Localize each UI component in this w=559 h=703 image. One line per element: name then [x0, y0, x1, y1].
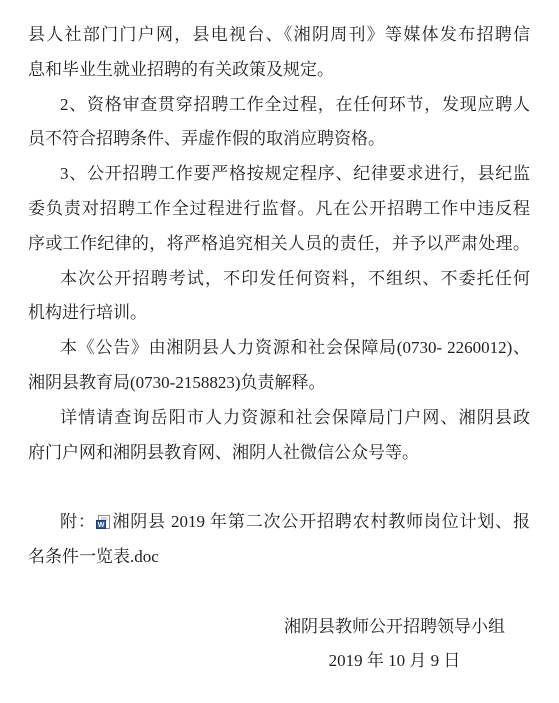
attachment-link-continued[interactable]: 名条件一览表.doc [28, 547, 159, 566]
document-line: 息和毕业生就业招聘的有关政策及规定。 [28, 53, 530, 88]
document-line: 本次公开招聘考试，不印发任何资料，不组织、不委托任何 [28, 262, 530, 297]
attachment-line-1: 附： W 湘阴县 2019 年第二次公开招聘农村教师岗位计划、报 [28, 505, 530, 540]
signature-organization: 湘阴县教师公开招聘领导小组 [284, 610, 505, 645]
document-line: 机构进行培训。 [28, 296, 530, 331]
attachment-filename: 湘阴县 2019 年第二次公开招聘农村教师岗位计划、报 [112, 512, 530, 531]
signature-date: 2019 年 10 月 9 日 [284, 644, 505, 679]
attachment-label: 附： [60, 512, 96, 531]
document-line: 委负责对招聘工作全过程进行监督。凡在公开招聘工作中违反程 [28, 192, 530, 227]
document-line: 序或工作纪律的，将严格追究相关人员的责任，并予以严肃处理。 [28, 227, 530, 262]
svg-text:W: W [97, 522, 104, 529]
document-line: 县人社部门门户网，县电视台、《湘阴周刊》等媒体发布招聘信 [28, 18, 530, 53]
document-line: 详情请查询岳阳市人力资源和社会保障局门户网、湘阴县政 [28, 401, 530, 436]
document-line: 2、资格审查贯穿招聘工作全过程，在任何环节，发现应聘人 [28, 88, 530, 123]
document-paragraphs: 县人社部门门户网，县电视台、《湘阴周刊》等媒体发布招聘信息和毕业生就业招聘的有关… [28, 18, 530, 470]
attachment-line-2: 名条件一览表.doc [28, 540, 530, 575]
document-line: 府门户网和湘阴县教育网、湘阴人社微信公众号等。 [28, 436, 530, 471]
document-line: 员不符合招聘条件、弄虚作假的取消应聘资格。 [28, 122, 530, 157]
document-page: 县人社部门门户网，县电视台、《湘阴周刊》等媒体发布招聘信息和毕业生就业招聘的有关… [0, 0, 559, 703]
attachment-link[interactable]: W 湘阴县 2019 年第二次公开招聘农村教师岗位计划、报 [96, 512, 530, 531]
document-line: 3、公开招聘工作要严格按规定程序、纪律要求进行，县纪监 [28, 157, 530, 192]
signature-block: 湘阴县教师公开招聘领导小组 2019 年 10 月 9 日 [284, 610, 505, 680]
document-line: 本《公告》由湘阴县人力资源和社会保障局(0730- 2260012)、 [28, 331, 530, 366]
attachment-block: 附： W 湘阴县 2019 年第二次公开招聘农村教师岗位计划、报 名条件一览表.… [28, 505, 530, 575]
word-doc-icon: W [96, 515, 110, 529]
document-line: 湘阴县教育局(0730-2158823)负责解释。 [28, 366, 530, 401]
